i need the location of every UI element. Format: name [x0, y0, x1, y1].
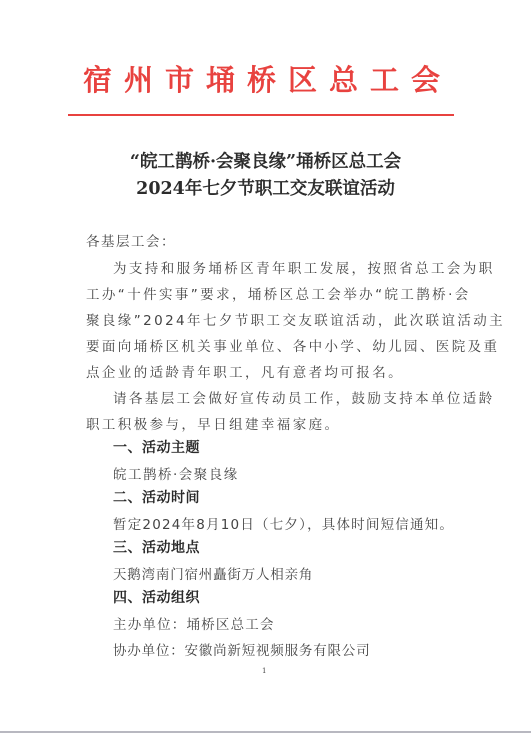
- salutation: 各基层工会：: [86, 230, 176, 250]
- paragraph-2-line-2: 职工积极参与，早日组建幸福家庭。: [86, 413, 340, 433]
- letterhead: 宿州市埇桥区总工会: [0, 58, 531, 99]
- paragraph-1-line-5: 点企业的适龄青年职工，凡有意者均可报名。: [86, 361, 404, 381]
- letterhead-red-rule: [68, 114, 454, 116]
- section-time-text: 暂定2024年8月10日（七夕），具体时间短信通知。: [113, 513, 454, 533]
- paragraph-1-line-4: 要面向埇桥区机关事业单位、各中小学、幼儿园、医院及重: [86, 335, 499, 355]
- document-page: 宿州市埇桥区总工会 “皖工鹊桥·会聚良缘”埇桥区总工会 2024年七夕节职工交友…: [0, 0, 531, 731]
- section-heading-location: 三、活动地点: [113, 537, 200, 557]
- document-title-line-2: 2024年七夕节职工交友联谊活动: [0, 175, 531, 200]
- page-number: 1: [262, 667, 266, 675]
- section-heading-organization: 四、活动组织: [113, 587, 200, 607]
- section-theme-text: 皖工鹊桥·会聚良缘: [113, 463, 239, 483]
- section-organizer-text: 主办单位：埇桥区总工会: [113, 613, 275, 633]
- paragraph-1-line-2: 工办“十件实事”要求，埇桥区总工会举办“皖工鹊桥·会: [86, 283, 471, 303]
- section-heading-theme: 一、活动主题: [113, 437, 200, 457]
- letterhead-organization: 宿州市埇桥区总工会: [83, 63, 452, 97]
- document-title-line-1: “皖工鹊桥·会聚良缘”埇桥区总工会: [0, 148, 531, 173]
- paragraph-2-line-1: 请各基层工会做好宣传动员工作，鼓励支持本单位适龄: [113, 387, 495, 407]
- paragraph-1-line-3: 聚良缘”2024年七夕节职工交友联谊活动，此次联谊活动主: [86, 309, 505, 329]
- section-heading-time: 二、活动时间: [113, 487, 200, 507]
- section-location-text: 天鹅湾南门宿州矗街万人相亲角: [113, 563, 313, 583]
- section-co-organizer-text: 协办单位：安徽尚新短视频服务有限公司: [113, 639, 370, 659]
- paragraph-1-line-1: 为支持和服务埇桥区青年职工发展，按照省总工会为职: [113, 257, 495, 277]
